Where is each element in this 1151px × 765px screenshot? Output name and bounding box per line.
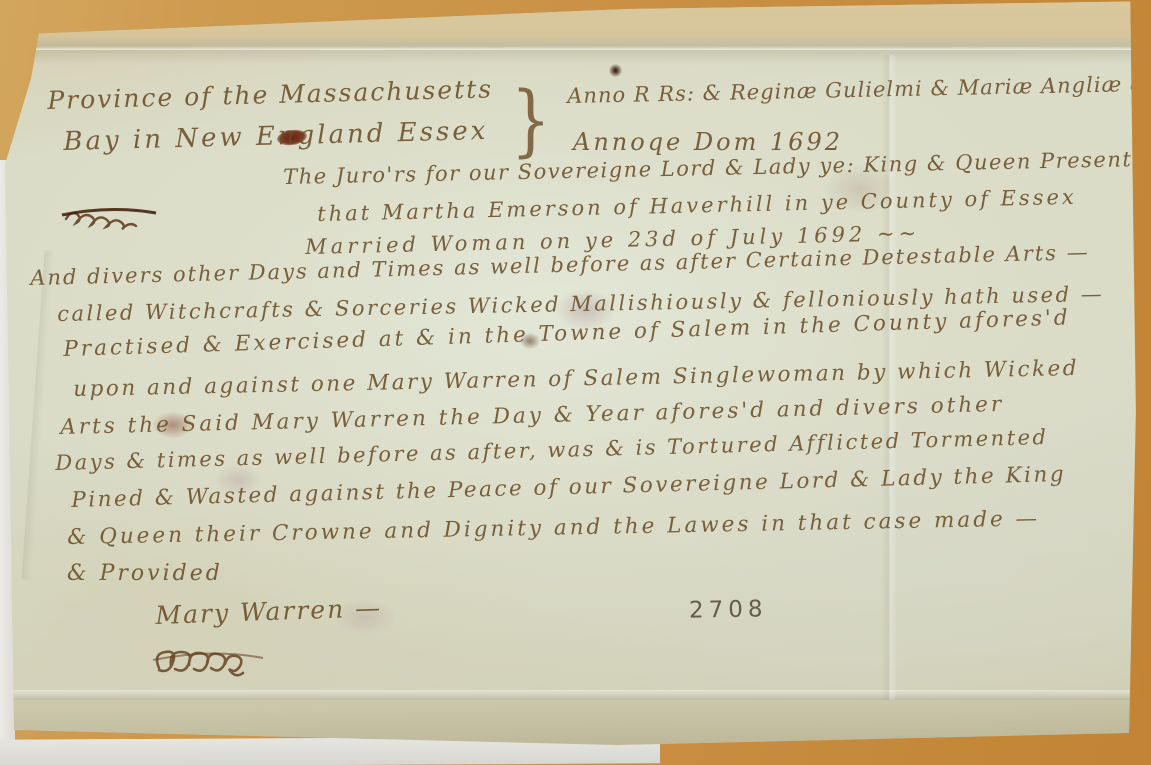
- body-line: that Martha Emerson of Haverhill in ye C…: [317, 185, 1077, 226]
- curly-brace-glyph: }: [511, 76, 551, 166]
- anno-domini-line: Annoqe Dom 1692: [573, 128, 843, 156]
- regnal-year-line: Anno R Rs: & Reginæ Gulielmi & Mariæ Ang…: [567, 70, 1151, 108]
- top-fold-band: [5, 0, 1137, 50]
- province-line-2: Bay in New England Essex: [63, 116, 489, 157]
- crossed-out-word-scribble: [60, 201, 160, 231]
- archive-number: 2708: [689, 596, 768, 623]
- left-crease: [22, 250, 55, 580]
- parchment-sheet: Province of the Massachusetts Bay in New…: [5, 0, 1137, 748]
- scanned-document-photo: Province of the Massachusetts Bay in New…: [0, 0, 1151, 765]
- bottom-fold-crease: [5, 690, 1137, 700]
- signature-flourish-scribble: [151, 638, 281, 688]
- province-line-1: Province of the Massachusetts: [47, 74, 493, 115]
- body-line: & Provided: [67, 561, 223, 586]
- top-fold-crease: [5, 50, 1137, 64]
- ink-spot-stain: [609, 64, 622, 77]
